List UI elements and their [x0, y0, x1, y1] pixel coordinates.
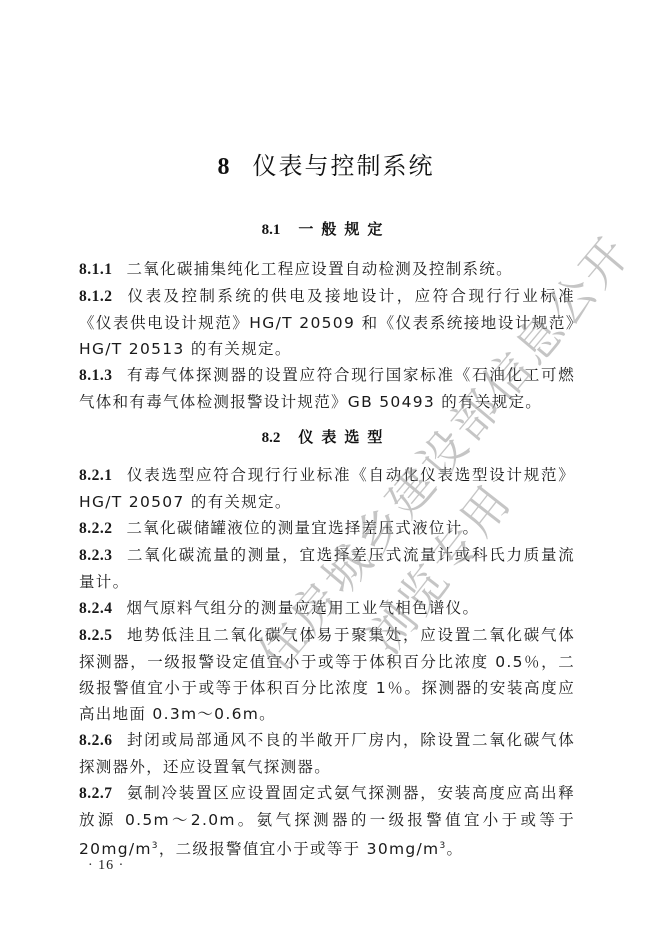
clause-number: 8.2.6: [79, 732, 113, 749]
clause-8-2-4: 8.2.4烟气原料气组分的测量应选用工业气相色谱仪。: [79, 595, 575, 622]
clause-8-1-3: 8.1.3有毒气体探测器的设置应符合现行国家标准《石油化工可燃气体和有毒气体检测…: [79, 362, 575, 415]
clause-text: 二氧化碳捕集纯化工程应设置自动检测及控制系统。: [127, 260, 513, 278]
clause-number: 8.2.5: [79, 627, 113, 644]
page-number: · 16 ·: [88, 858, 124, 874]
clause-text: 地势低洼且二氧化碳气体易于聚集处，应设置二氧化碳气体探测器，一级报警设定值宜小于…: [79, 626, 575, 723]
clause-text: 二氧化碳储罐液位的测量宜选择差压式液位计。: [127, 519, 480, 537]
section-title-text: 仪表选型: [298, 428, 390, 446]
section-title-text: 一般规定: [298, 220, 390, 238]
chapter-title-text: 仪表与控制系统: [253, 152, 435, 180]
section-heading-8-2: 8.2仪表选型: [0, 426, 652, 447]
clause-number: 8.1.1: [79, 261, 113, 278]
clause-number: 8.2.4: [79, 600, 113, 617]
clause-text: 仪表选型应符合现行行业标准《自动化仪表选型设计规范》HG/T 20507 的有关…: [79, 466, 575, 511]
clause-number: 8.2.7: [79, 785, 113, 802]
clause-number: 8.1.3: [79, 367, 113, 384]
chapter-number: 8: [218, 154, 231, 180]
clause-text: 烟气原料气组分的测量应选用工业气相色谱仪。: [127, 599, 480, 617]
clause-text: 仪表及控制系统的供电及接地设计，应符合现行行业标准《仪表供电设计规范》HG/T …: [79, 287, 575, 358]
clause-number: 8.2.2: [79, 520, 113, 537]
clause-8-2-2: 8.2.2二氧化碳储罐液位的测量宜选择差压式液位计。: [79, 515, 575, 542]
clause-number: 8.1.2: [79, 288, 113, 305]
clause-8-1-2: 8.1.2仪表及控制系统的供电及接地设计，应符合现行行业标准《仪表供电设计规范》…: [79, 283, 575, 362]
clause-8-1-1: 8.1.1二氧化碳捕集纯化工程应设置自动检测及控制系统。: [79, 256, 575, 283]
clause-8-2-7: 8.2.7氨制冷装置区应设置固定式氨气探测器，安装高度应高出释放源 0.5m～2…: [79, 780, 575, 862]
clause-text: 。: [446, 840, 463, 858]
section-heading-8-1: 8.1一般规定: [0, 218, 652, 239]
section-body-8-2: 8.2.1仪表选型应符合现行行业标准《自动化仪表选型设计规范》HG/T 2050…: [79, 462, 575, 862]
clause-8-2-5: 8.2.5地势低洼且二氧化碳气体易于聚集处，应设置二氧化碳气体探测器，一级报警设…: [79, 622, 575, 727]
section-number: 8.1: [262, 222, 281, 238]
clause-text: ，二级报警值宜小于或等于 30mg/m: [159, 840, 440, 858]
clause-text: 二氧化碳流量的测量，宜选择差压式流量计或科氏力质量流量计。: [79, 546, 575, 591]
clause-number: 8.2.1: [79, 467, 113, 484]
superscript: 3: [152, 841, 159, 851]
chapter-title: 8仪表与控制系统: [0, 146, 652, 181]
clause-text: 有毒气体探测器的设置应符合现行国家标准《石油化工可燃气体和有毒气体检测报警设计规…: [79, 366, 575, 411]
clause-text: 封闭或局部通风不良的半敞开厂房内，除设置二氧化碳气体探测器外，还应设置氧气探测器…: [79, 731, 575, 776]
section-body-8-1: 8.1.1二氧化碳捕集纯化工程应设置自动检测及控制系统。 8.1.2仪表及控制系…: [79, 256, 575, 415]
clause-8-2-6: 8.2.6封闭或局部通风不良的半敞开厂房内，除设置二氧化碳气体探测器外，还应设置…: [79, 727, 575, 780]
clause-8-2-1: 8.2.1仪表选型应符合现行行业标准《自动化仪表选型设计规范》HG/T 2050…: [79, 462, 575, 515]
document-page: 8仪表与控制系统 8.1一般规定 8.1.1二氧化碳捕集纯化工程应设置自动检测及…: [0, 0, 652, 946]
clause-8-2-3: 8.2.3二氧化碳流量的测量，宜选择差压式流量计或科氏力质量流量计。: [79, 542, 575, 595]
section-number: 8.2: [262, 430, 281, 446]
clause-number: 8.2.3: [79, 547, 113, 564]
